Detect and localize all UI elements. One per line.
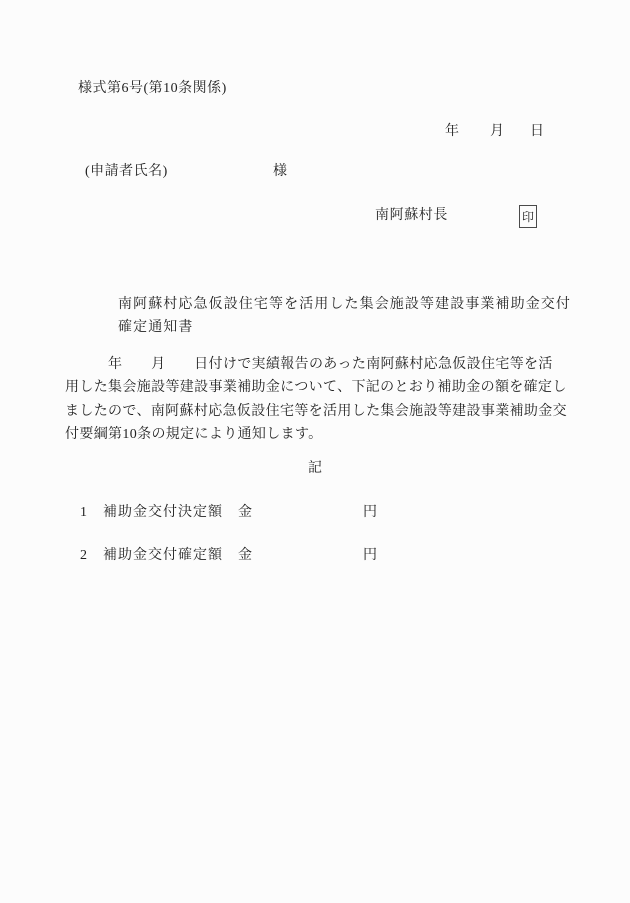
body-paragraph: 年 月 日付けで実績報告のあった南阿蘇村応急仮設住宅等を活 用した集会施設等建設… — [65, 353, 575, 446]
seal-box: 印 — [519, 205, 537, 228]
item-number: 2 — [80, 548, 87, 563]
addressee-applicant-name-placeholder: (申請者氏名) — [85, 164, 168, 179]
body-line: 用した集会施設等建設事業補助金について、下記のとおり補助金の額を確定し — [65, 376, 575, 399]
document-title: 南阿蘇村応急仮設住宅等を活用した集会施設等建設事業補助金交付 確定通知書 — [118, 293, 571, 340]
item-currency-prefix: 金 — [238, 548, 252, 563]
date-day-label: 日 — [530, 124, 544, 139]
item-currency-prefix: 金 — [238, 505, 252, 520]
body-line: ましたので、南阿蘇村応急仮設住宅等を活用した集会施設等建設事業補助金交 — [65, 400, 575, 423]
body-line: 付要綱第10条の規定により通知します。 — [65, 423, 575, 446]
document-title-line1: 南阿蘇村応急仮設住宅等を活用した集会施設等建設事業補助金交付 — [118, 293, 571, 316]
ki-section-marker: 記 — [0, 461, 630, 476]
item-number: 1 — [80, 505, 87, 520]
document-title-line2: 確定通知書 — [118, 316, 571, 339]
seal-character: 印 — [522, 211, 534, 223]
form-number: 様式第6号(第10条関係) — [78, 81, 227, 96]
date-year-label: 年 — [445, 124, 459, 139]
item-unit: 円 — [363, 505, 377, 520]
addressee-honorific: 様 — [273, 164, 287, 179]
item-label: 補助金交付確定額 — [103, 548, 223, 563]
item-label: 補助金交付決定額 — [103, 505, 223, 520]
body-line: 年 月 日付けで実績報告のあった南阿蘇村応急仮設住宅等を活 — [65, 353, 575, 376]
subsidy-item-row: 1 補助金交付決定額 金 円 — [0, 505, 630, 521]
item-unit: 円 — [363, 548, 377, 563]
document-page: 様式第6号(第10条関係) 年 月 日 (申請者氏名) 様 南阿蘇村長 印 南阿… — [0, 0, 630, 903]
date-month-label: 月 — [490, 124, 504, 139]
subsidy-item-row: 2 補助金交付確定額 金 円 — [0, 548, 630, 564]
sender-title: 南阿蘇村長 — [375, 208, 448, 223]
